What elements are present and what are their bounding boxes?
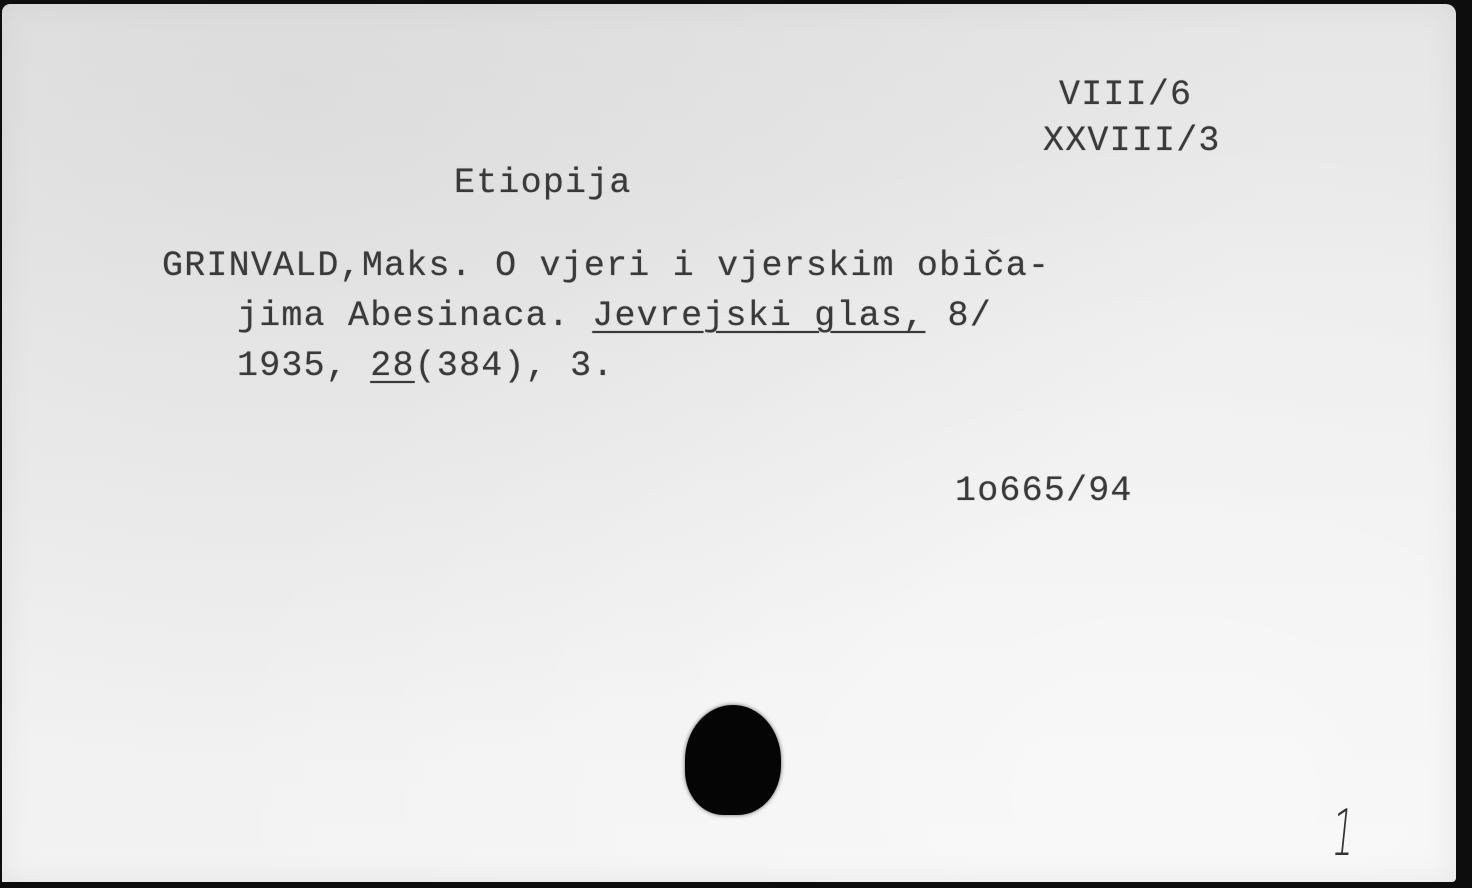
subject-heading: Etiopija — [454, 166, 632, 201]
journal-title: Jevrejski glas, — [592, 296, 925, 336]
volume-number: 8/ — [925, 296, 992, 336]
article-title-start: O vjeri i vjerskim običa- — [473, 246, 1050, 286]
issue-and-page: (384), 3. — [415, 346, 615, 386]
catalog-card: VIII/6 XXVIII/3 Etiopija GRINVALD,Maks. … — [2, 4, 1456, 882]
accession-number: 1o665/94 — [955, 474, 1133, 509]
classification-number-1: VIII/6 — [1059, 78, 1192, 113]
author-name: GRINVALD,Maks. — [162, 246, 473, 286]
entry-line-3: 1935, 28(384), 3. — [237, 349, 615, 384]
entry-line-2: jima Abesinaca. Jevrejski glas, 8/ — [237, 299, 992, 334]
punch-hole — [685, 705, 781, 815]
publication-year: 1935, — [237, 346, 370, 386]
handwritten-mark: 1 — [1329, 802, 1358, 866]
entry-line-1: GRINVALD,Maks. O vjeri i vjerskim običa- — [162, 249, 1050, 284]
issue-number: 28 — [370, 346, 414, 386]
classification-number-2: XXVIII/3 — [1043, 124, 1221, 159]
article-title-end: jima Abesinaca. — [237, 296, 592, 336]
